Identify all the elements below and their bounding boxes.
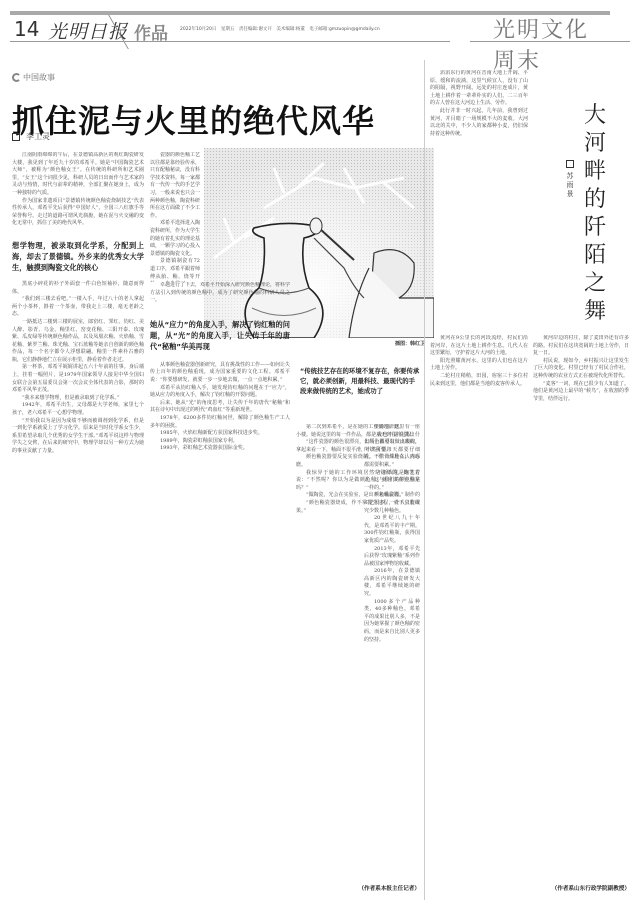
paragraph: 2016年，在景德镇高新区内的陶瓷研发大楼，邓希平继续她的研究。	[364, 568, 420, 598]
paragraph: 黄河在9公里长的河段流经，村民们沿着河岸，在这片土地上耕作生息。几代人在这里繁衍…	[430, 335, 528, 358]
masthead-rule-right	[470, 41, 630, 42]
article1-column-4: 要勤加研磨。 “我也不是说做出什么颜色都可以做出来的，所以我要每天都要仔细看。不…	[364, 424, 420, 868]
paragraph: 黑底小碎花的衫子外面套一件白色短袖衫，随意而得体。	[12, 281, 144, 296]
article2-column-3: 黄河岸边的村庄，除了麦田外还有许多的路。村民们在这块宽阔的土地上劳作，日复一日。…	[533, 335, 629, 868]
paragraph: 后来，她从“光”的角度思考，让失传千年的唐代“秘釉”和其在诗句中出现过的明代“鸡…	[150, 400, 290, 415]
paragraph: 2013年，邓希平先后获得“玫瑰紫釉”系列作品被国家博物馆收藏。	[364, 546, 420, 569]
paragraph: 邓希平从钧红釉入手，她发现钧红釉的问题在于“应力”，她从应力的角度入手，解决了钧…	[150, 385, 290, 400]
paragraph: 二轮村庄稍稍，田园，宿宿三十多位村民来到这里，他们都是当地的麦客传承人。	[430, 373, 528, 388]
paragraph: 20世纪八九十年代，是邓希平的丰产期。300件钧红釉瓶，获得国家优质产品奖。	[364, 515, 420, 545]
article1-column-1: 江南阴雨绵绵的午后，在景德镇高新区的观红陶瓷研发大楼，我见到了年近九十岁的邓希平…	[12, 152, 144, 868]
column-kicker: 中国故事	[12, 72, 55, 83]
article1-column-2: 卓越进行了下去，邓希平开始深入研究颜色釉理论，将科学方法引入到传统的颜色釉中，成…	[150, 282, 290, 868]
paragraph: 1978年，6200多件钧红釉问世，解除了颜色釉生产工人多年的困扰。	[150, 415, 290, 430]
article2-column-1: 滔滔东行的黄河在晋南大地上开阔、平原、缓和的流淌，这里气候宜人，没有了山的阻隔，…	[430, 70, 528, 332]
paragraph: 1942年，邓希平出生，父母都是大学老师，家里七个孩子，老六邓希平一心想学物理。	[12, 402, 144, 417]
byline-box-icon	[12, 133, 20, 141]
paragraph: 1993年，彩虹釉艺术瓷器获国际金奖。	[150, 445, 290, 453]
g-logo-icon	[12, 73, 21, 82]
article2-byline: 苏雨景	[565, 160, 575, 199]
paragraph: 颜色釉瓷器，制作的工艺很多，一个人只能研究少数几种釉色。	[364, 492, 420, 515]
article2-column-2: 黄河在9公里长的河段流经，村民们沿着河岸，在这片土地上耕作生息。几代人在这里繁衍…	[430, 335, 528, 868]
paragraph: 滔滔东行的黄河在晋南大地上开阔、平原、缓和的流淌，这里气候宜人，没有了山的阻隔，…	[430, 70, 528, 108]
paragraph: 一路抵达二楼到三楼的展室，郎窑红、霁红、钧红、美人醉、影青、乌金、釉里红、窑变花…	[12, 319, 144, 365]
masthead: 14 光明日报 作品 2022年10月20日 星期五 责任编辑:谢文开 美术编辑…	[10, 11, 610, 45]
subheading: 她从“应力”的角度入手，解决了钧红釉的问题，从“光”的角度入手，让失传千年的唐代…	[150, 319, 290, 352]
paragraph: 要勤加研磨。	[364, 424, 420, 432]
article2-author: 苏雨景	[567, 172, 574, 198]
paragraph: 此行并非一时兴起。几年前，我曾到过黄河，并目睹了一场规模不大的麦收。大河以北的关…	[430, 108, 528, 138]
paragraph: 作为国家非遗项目“景德镇传统颜色釉瓷烧制技艺”代表性传承人，邓希平先后获得“中国…	[12, 198, 144, 228]
paragraph: “开始我以为是因为成绩不够而被调剂到化学系，但是一到化学系就爱上了学习化学。原来…	[12, 418, 144, 456]
paragraph: 阳光照耀黄河水，这里的人们也在这片土地上劳作。	[430, 358, 528, 373]
newspaper-logo: 光明日报	[48, 17, 128, 44]
paragraph: “麦客”一词，现在已很少有人知道了。他们是黄河边上最早的“候鸟”，在收割的季节里…	[533, 381, 629, 404]
paragraph: 卓越进行了下去，邓希平开始深入研究颜色釉理论，将科学方法引入到传统的颜色釉中，成…	[150, 282, 290, 305]
byline-author: 李工灵	[26, 131, 50, 142]
article-byline: 李工灵	[12, 131, 50, 142]
byline-box-icon	[566, 160, 574, 168]
paragraph: 村民说，现如今，乡村振兴让这里发生了巨大的变化。村里已经有了村民合作社，这种传统…	[533, 358, 629, 381]
paragraph: “我也不是说做出什么颜色都可以做出来的，所以我要每天都要仔细看。不管做成什么，内…	[364, 432, 420, 470]
illustration-caption: 插图：韩红卫	[395, 340, 425, 347]
paragraph: “我们到三楼去看吧。”一楼入手，年过八十的老人拿起两个小茶杯，斟着一个茶壶，带我…	[12, 296, 144, 319]
paragraph: 景德镇制瓷有72道工序，邓希平跟着师傅从胎、釉、烧等开始，一步步学习。	[150, 258, 200, 282]
paragraph: 江南阴雨绵绵的午后，在景德镇高新区的观红陶瓷研发大楼，我见到了年近九十岁的邓希平…	[12, 152, 144, 198]
article2-endnote: （作者系山东行政学院副教授）	[530, 884, 630, 892]
masthead-rule	[10, 41, 450, 42]
paragraph: 从事颜色釉瓷器创新研究，具有挑战性的工作——如何让失传上百年的颜色釉重现，成为国…	[150, 362, 290, 385]
subheading: 想学物理，被录取到化学系，分配到上海，却去了景德镇。外乡来的优秀女大学生，触摸到…	[12, 240, 144, 273]
weekly-title: 光明文化周末	[493, 13, 610, 75]
column-divider	[424, 60, 425, 900]
page-number: 14	[14, 17, 39, 41]
paragraph: 第一杯茶，邓希平娓娓讲起五六十年前的往事。身后墙上，挂着一幅照片，是1979年国…	[12, 364, 144, 394]
article1-endnote: （作者系本报主任记者）	[296, 884, 420, 892]
paragraph: “不断改进是陶艺方式，这与我们的颜色釉是一样的。”	[364, 470, 420, 493]
kicker-label: 中国故事	[23, 72, 55, 83]
masthead-meta: 2022年10月20日 星期五 责任编辑:谢文开 美术编辑:杨董 电子邮箱:gm…	[180, 26, 380, 32]
article2-title: 大河畔的阡陌之舞	[580, 102, 610, 326]
article2-title-text: 大河畔的阡陌之舞	[584, 103, 606, 324]
article-headline: 抓住泥与火里的绝代风华	[12, 96, 375, 142]
paragraph: 1000多个产品种类，40多种釉色。邓希平的成果比别人多，不是因为她掌握了颜色釉…	[364, 599, 420, 645]
paragraph: 1985年，火焰红釉新配方获国家科技进步奖。	[150, 430, 290, 438]
paragraph: 黄河岸边的村庄，除了麦田外还有许多的路。村民们在这块宽阔的土地上劳作，日复一日。	[533, 335, 629, 358]
paragraph: 邓希平选择进入陶瓷科研所，作为大学生的她有着扎实的理论基础，一颗学习的心投入景德…	[150, 220, 200, 258]
article1-column-2-top: 瓷器的颜色釉工艺以往都是靠经验传承，只有配釉秘诀，没有科学技术资料。每一家都有一…	[150, 152, 200, 282]
paragraph: 瓷器的颜色釉工艺以往都是靠经验传承，只有配釉秘诀，没有科学技术资料。每一家都有一…	[150, 152, 200, 220]
